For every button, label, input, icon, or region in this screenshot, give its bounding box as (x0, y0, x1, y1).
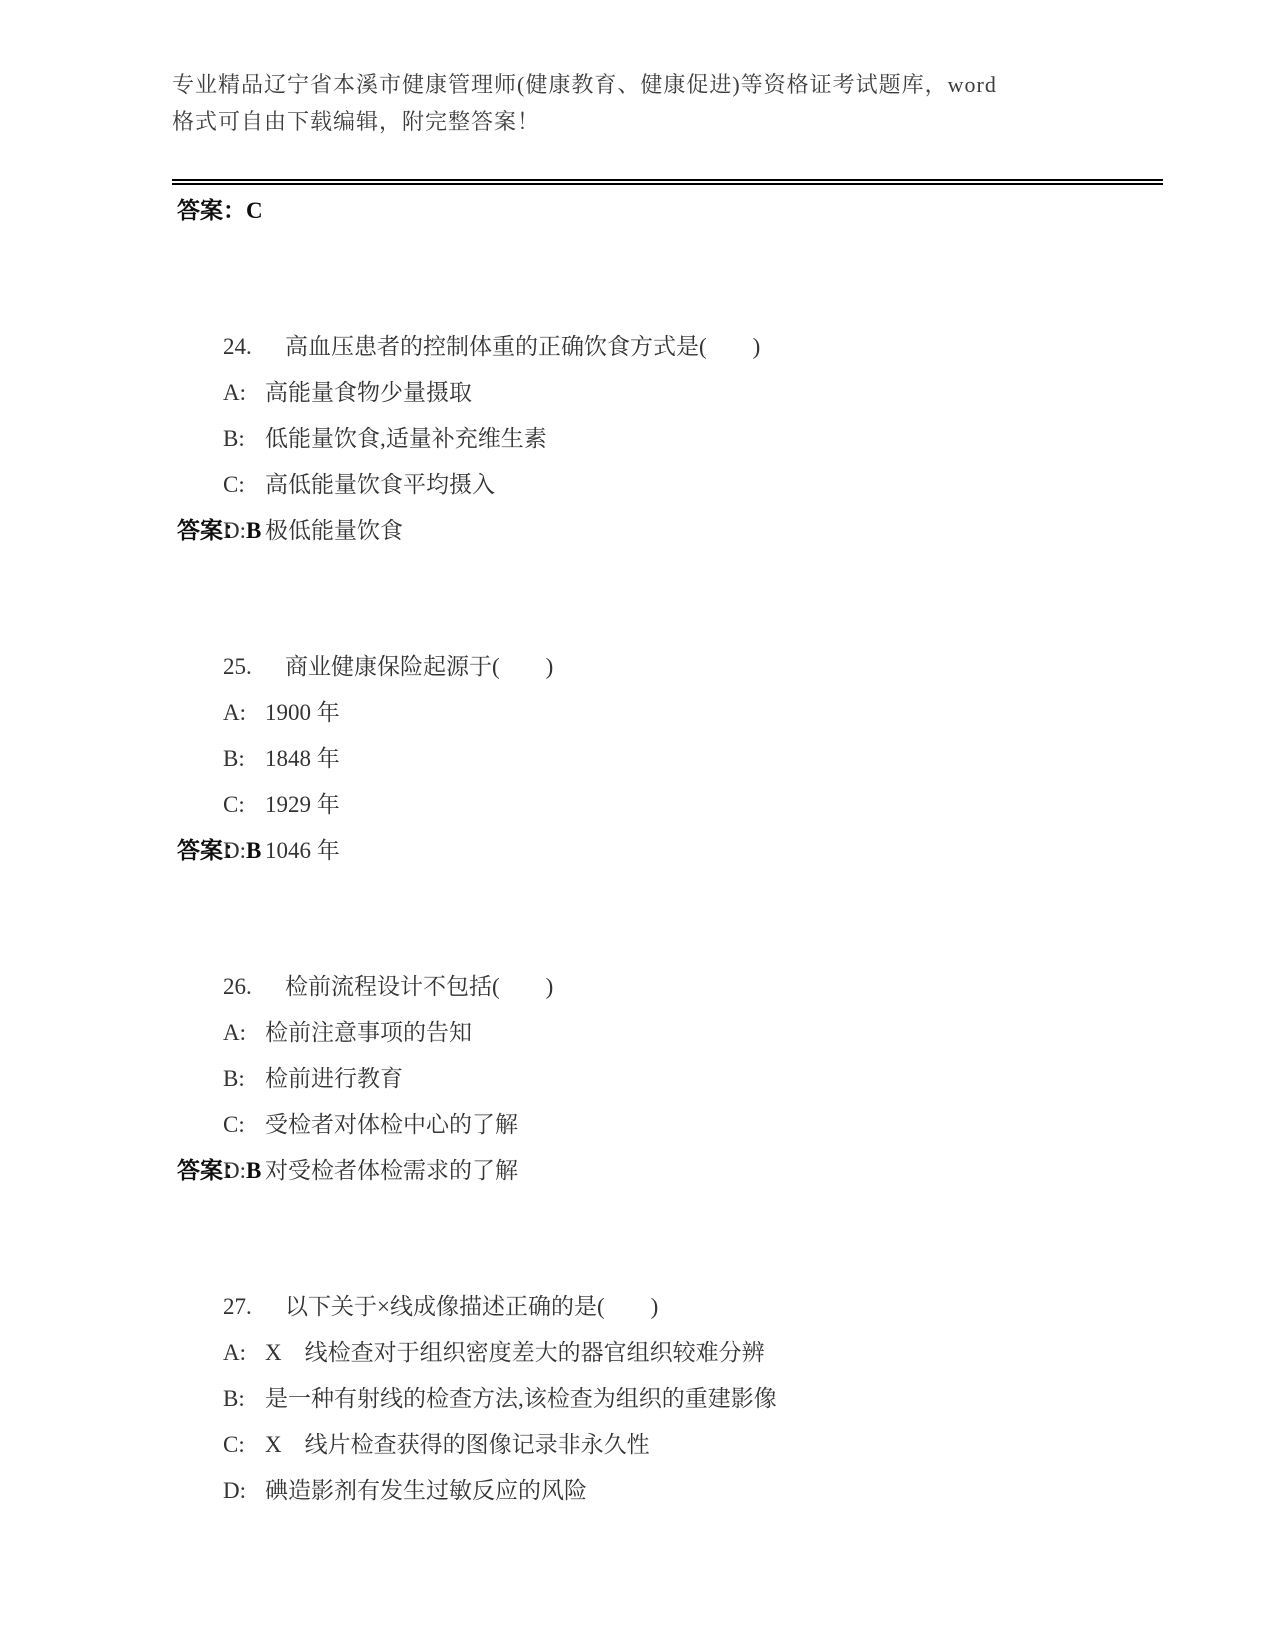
option-text: 1848 年 (265, 746, 340, 771)
option-text: 1900 年 (265, 700, 340, 725)
header-line-1: 专业精品辽宁省本溪市健康管理师(健康教育、健康促进)等资格证考试题库，word (172, 66, 1107, 103)
document-body: 答案：C 24.高血压患者的控制体重的正确饮食方式是( ) A:高能量食物少量摄… (177, 188, 1177, 1468)
option-text: 对受检者体检需求的了解 (265, 1158, 518, 1183)
question-number: 24. (223, 324, 269, 370)
option-label: B: (223, 736, 253, 782)
question-title: 检前流程设计不包括( ) (285, 974, 553, 999)
question-title-line: 26.检前流程设计不包括( ) (177, 918, 1177, 964)
document-header: 专业精品辽宁省本溪市健康管理师(健康教育、健康促进)等资格证考试题库，word … (172, 66, 1107, 140)
question-block-26: 26.检前流程设计不包括( ) A:检前注意事项的告知 B:检前进行教育 C:受… (177, 918, 1177, 1194)
question-block-25: 25.商业健康保险起源于( ) A:1900 年 B:1848 年 C:1929… (177, 598, 1177, 874)
header-separator-rule (172, 179, 1163, 185)
option-text: 碘造影剂有发生过敏反应的风险 (265, 1478, 587, 1503)
option-text: X 线片检查获得的图像记录非永久性 (265, 1432, 650, 1457)
option-text: 是一种有射线的检查方法,该检查为组织的重建影像 (265, 1386, 777, 1411)
option-text: X 线检查对于组织密度差大的器官组织较难分辨 (265, 1340, 765, 1365)
option-label: C: (223, 1102, 253, 1148)
option-label: B: (223, 1376, 253, 1422)
option-label: A: (223, 1010, 253, 1056)
option-label: C: (223, 782, 253, 828)
option-text: 高低能量饮食平均摄入 (265, 472, 495, 497)
question-title-line: 25.商业健康保险起源于( ) (177, 598, 1177, 644)
option-label: C: (223, 1422, 253, 1468)
option-label: B: (223, 1056, 253, 1102)
question-number: 27. (223, 1284, 269, 1330)
option-text: 极低能量饮食 (265, 518, 403, 543)
header-line-2: 格式可自由下载编辑，附完整答案！ (172, 103, 1107, 140)
question-title: 以下关于×线成像描述正确的是( ) (285, 1294, 658, 1319)
option-label: B: (223, 416, 253, 462)
option-label: A: (223, 1330, 253, 1376)
option-label: C: (223, 462, 253, 508)
option-text: 1046 年 (265, 838, 340, 863)
question-title: 商业健康保险起源于( ) (285, 654, 553, 679)
option-text: 检前注意事项的告知 (265, 1020, 472, 1045)
question-number: 26. (223, 964, 269, 1010)
question-block-27: 27.以下关于×线成像描述正确的是( ) A:X 线检查对于组织密度差大的器官组… (177, 1238, 1177, 1468)
question-title: 高血压患者的控制体重的正确饮食方式是( ) (285, 334, 760, 359)
option-label: A: (223, 370, 253, 416)
question-number: 25. (223, 644, 269, 690)
option-text: 高能量食物少量摄取 (265, 380, 472, 405)
option-label: A: (223, 690, 253, 736)
question-title-line: 24.高血压患者的控制体重的正确饮食方式是( ) (177, 278, 1177, 324)
option-text: 1929 年 (265, 792, 340, 817)
question-block-24: 24.高血压患者的控制体重的正确饮食方式是( ) A:高能量食物少量摄取 B:低… (177, 278, 1177, 554)
option-label: D: (223, 1468, 253, 1514)
question-title-line: 27.以下关于×线成像描述正确的是( ) (177, 1238, 1177, 1284)
previous-question-answer: 答案：C (177, 188, 1177, 234)
document-page: 专业精品辽宁省本溪市健康管理师(健康教育、健康促进)等资格证考试题库，word … (0, 0, 1275, 1650)
option-text: 低能量饮食,适量补充维生素 (265, 426, 547, 451)
option-text: 受检者对体检中心的了解 (265, 1112, 518, 1137)
option-text: 检前进行教育 (265, 1066, 403, 1091)
